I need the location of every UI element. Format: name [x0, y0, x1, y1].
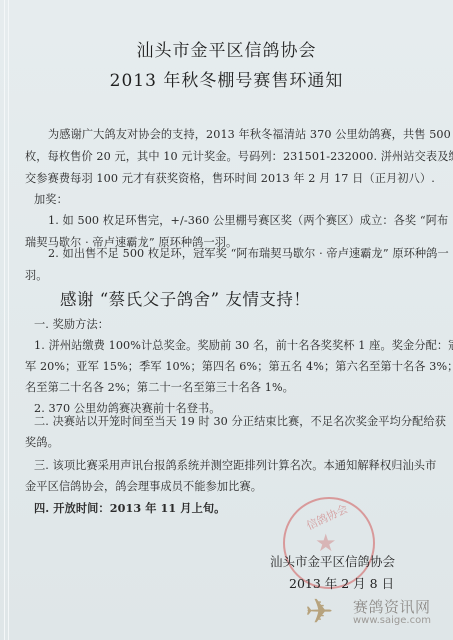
section2-line: 奖鸽。: [25, 434, 59, 450]
section1-item-line: 名至第二十名各 2%；第二十一名至第三十名各 1%。: [25, 379, 294, 395]
section1-item-line: 1. 洴州站缴费 100%计总奖金。奖励前 30 名，前十名各奖奖杯 1 座。奖…: [34, 337, 453, 353]
signature-date: 2013 年 2 月 8 日: [0, 574, 453, 592]
document-page: 汕头市金平区信鸽协会 2013 年秋冬棚号赛售环通知 为感谢广大鸽友对协会的支持…: [0, 0, 453, 640]
bonus-item-line: 1. 如 500 枚足环售完，+/-360 公里棚号赛区奖（两个赛区）成立：各奖…: [48, 212, 448, 228]
section3-line: 三. 该项比赛采用声讯台报鸽系统并测空距排列计算名次。本通知解释权归汕头市: [34, 457, 436, 473]
scan-edge-line: [4, 0, 5, 640]
sponsor-thanks: 感谢 “蔡氏父子鸽舍” 友情支持！: [60, 286, 310, 310]
section2-line: 二. 决赛站以开笼时间至当天 19 时 30 分正结束比赛，不足名次奖金平均分配…: [34, 413, 446, 429]
watermark-site-name: 赛鸽资讯网: [353, 596, 431, 617]
scan-edge-line: [8, 0, 9, 640]
intro-line: 枚，每枚售价 20 元，其中 10 元计奖金。号码列：231501-232000…: [25, 148, 453, 164]
bonus-heading: 加奖：: [34, 191, 68, 207]
intro-line: 交参赛费每羽 100 元才有获奖资格，售环时间 2013 年 2 月 17 日（…: [25, 170, 435, 186]
signature-org: 汕头市金平区信鸽协会: [0, 552, 453, 570]
section1-heading: 一. 奖励方法：: [34, 316, 109, 332]
document-title-org: 汕头市金平区信鸽协会: [0, 36, 453, 61]
pigeon-logo-icon: ✈: [305, 592, 349, 632]
document-title-notice: 2013 年秋冬棚号赛售环通知: [0, 66, 453, 91]
watermark-url: www.saige.com: [353, 615, 431, 626]
bonus-item-line: 2. 如出售不足 500 枚足环，冠军奖 “阿布瑞契马歇尔 · 帝卢速霸龙” 原…: [48, 245, 449, 261]
section4-line: 四. 开放时间：2013 年 11 月上旬。: [34, 500, 225, 516]
section1-item-line: 军 20%；亚军 15%；季军 10%；第四名 6%；第五名 4%；第六名至第十…: [25, 358, 453, 374]
section3-line: 金平区信鸽协会，鸽会理事成员不能参加比赛。: [25, 478, 262, 494]
intro-line: 为感谢广大鸽友对协会的支持，2013 年秋冬福清站 370 公里幼鸽赛，共售 5…: [48, 126, 451, 142]
watermark: ✈ 赛鸽资讯网 www.saige.com: [305, 592, 453, 632]
bonus-item-line: 羽。: [25, 267, 48, 283]
